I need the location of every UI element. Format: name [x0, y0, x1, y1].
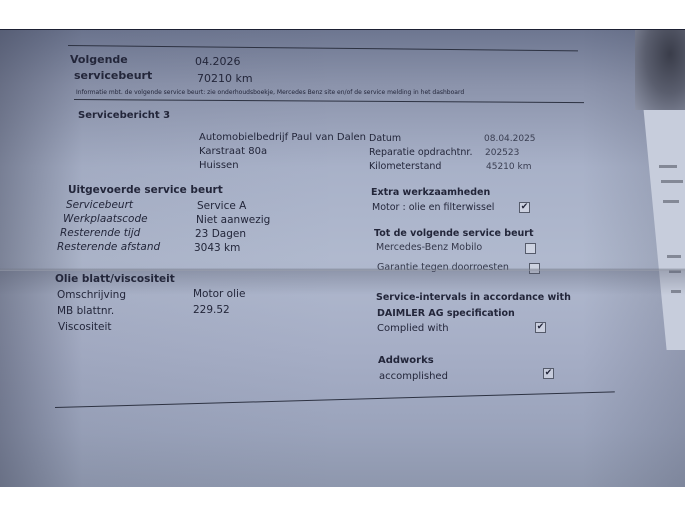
background-paper: [639, 110, 685, 350]
performed-value-3: 3043 km: [194, 242, 240, 254]
addworks-label: accomplished: [379, 371, 448, 382]
intervals-heading-2: DAIMLER AG specification: [377, 308, 515, 319]
meta-order-value: 202523: [485, 148, 519, 158]
checkmark-icon: ✔: [537, 322, 545, 332]
background-object: [635, 30, 685, 110]
addworks-checkbox[interactable]: ✔: [543, 368, 554, 379]
oil-value-0: Motor olie: [193, 288, 245, 300]
checkmark-icon: ✔: [521, 202, 529, 212]
performed-value-2: 23 Dagen: [195, 228, 246, 240]
next-service-date: 04.2026: [195, 55, 241, 68]
mobilo-checkbox[interactable]: [525, 243, 536, 254]
performed-label-2: Resterende tijd: [60, 227, 140, 239]
next-service-label-2: servicebeurt: [74, 69, 152, 82]
meta-km-label: Kilometerstand: [369, 161, 441, 172]
document-photo: Volgende servicebeurt 04.2026 70210 km I…: [0, 29, 685, 487]
report-title: Servicebericht 3: [78, 110, 170, 121]
top-rule: [68, 45, 578, 51]
checkmark-icon: ✔: [545, 368, 553, 378]
meta-date-label: Datum: [369, 133, 401, 144]
performed-label-1: Werkplaatscode: [63, 213, 148, 225]
oil-heading: Olie blatt/viscositeit: [55, 273, 175, 285]
next-service-label-1: Volgende: [70, 53, 128, 66]
performed-label-3: Resterende afstand: [57, 241, 160, 253]
meta-km-value: 45210 km: [486, 162, 531, 172]
mobilo-label: Mercedes-Benz Mobilo: [376, 242, 482, 253]
performed-label-0: Servicebeurt: [66, 199, 133, 211]
dealer-name: Automobielbedrijf Paul van Dalen: [199, 132, 366, 143]
meta-order-label: Reparatie opdrachtnr.: [369, 147, 472, 158]
dealer-street: Karstraat 80a: [199, 146, 267, 157]
oil-label-1: MB blattnr.: [57, 305, 114, 317]
complied-label: Complied with: [377, 323, 449, 334]
extra-work-heading: Extra werkzaamheden: [371, 187, 490, 198]
oil-label-2: Viscositeit: [58, 321, 112, 333]
info-rule: [74, 99, 584, 103]
intervals-heading-1: Service-intervals in accordance with: [376, 292, 571, 303]
oil-label-0: Omschrijving: [57, 289, 126, 301]
next-service-km: 70210 km: [197, 72, 253, 85]
complied-checkbox[interactable]: ✔: [535, 322, 546, 333]
extra-work-item-label: Motor : olie en filterwissel: [372, 202, 494, 213]
until-next-heading: Tot de volgende service beurt: [374, 228, 534, 239]
addworks-heading: Addworks: [378, 355, 434, 366]
performed-service-heading: Uitgevoerde service beurt: [68, 184, 223, 196]
bottom-rule: [55, 391, 615, 408]
performed-value-0: Service A: [197, 200, 246, 212]
next-service-info-note: Informatie mbt. de volgende service beur…: [76, 89, 464, 96]
oil-value-1: 229.52: [193, 304, 230, 316]
dealer-city: Huissen: [199, 160, 239, 171]
extra-work-checkbox[interactable]: ✔: [519, 202, 530, 213]
performed-value-1: Niet aanwezig: [196, 214, 270, 226]
meta-date-value: 08.04.2025: [484, 134, 536, 144]
